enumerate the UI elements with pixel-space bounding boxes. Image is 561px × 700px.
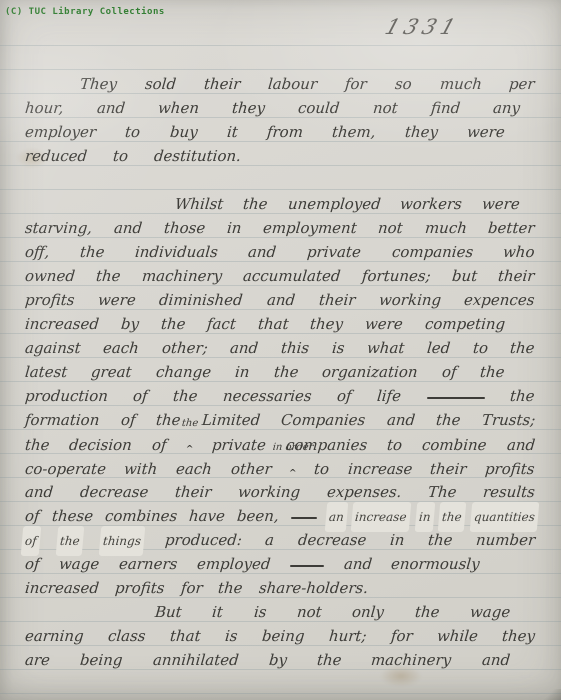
handwritten-word: they xyxy=(309,312,344,336)
handwritten-word: individuals xyxy=(134,240,219,264)
dash-stroke xyxy=(291,517,317,519)
handwritten-word: these xyxy=(50,504,93,528)
handwritten-word: find xyxy=(430,96,461,120)
handwritten-word: and xyxy=(266,288,296,312)
handwritten-word: wage xyxy=(58,552,100,576)
handwritten-word: are xyxy=(24,648,51,672)
manuscript-line xyxy=(25,168,535,192)
handwritten-word: employer xyxy=(24,120,97,144)
handwritten-word: But xyxy=(154,600,183,624)
handwritten-word: great xyxy=(90,360,133,384)
handwritten-word: the xyxy=(427,528,454,552)
handwritten-word: to xyxy=(472,336,489,360)
handwritten-word: the xyxy=(217,576,244,600)
handwritten-word: by xyxy=(268,648,288,672)
handwritten-word: hurt; xyxy=(328,624,368,648)
manuscript-line: anddecreasetheirworkingexpenses.Theresul… xyxy=(25,480,535,504)
handwritten-word: expences xyxy=(463,288,536,312)
handwritten-word: earning xyxy=(24,624,85,648)
insertion-caret-icon: ^ xyxy=(186,445,194,455)
manuscript-line: ofthethingsproduced:adecreaseinthenumber xyxy=(25,528,535,552)
handwritten-word: when xyxy=(157,96,200,120)
manuscript-line: Butitisnotonlythewage xyxy=(25,600,535,624)
handwritten-word: the xyxy=(242,192,269,216)
handwritten-word: and xyxy=(343,552,373,576)
handwritten-word: and xyxy=(24,480,54,504)
handwritten-word: who xyxy=(502,240,536,264)
manuscript-line: formationoftheLimitedCompaniesandtheTrus… xyxy=(25,408,535,432)
manuscript-lines: Theysoldtheirlabourforsomuchperhour,andw… xyxy=(25,72,535,672)
handwritten-word: that xyxy=(257,312,290,336)
manuscript-line: increasedbythefactthattheywerecompeting xyxy=(25,312,535,336)
correction-patch-word: of xyxy=(24,529,38,553)
handwritten-word: of xyxy=(119,408,136,432)
handwritten-word: of xyxy=(132,384,149,408)
handwritten-word: other xyxy=(229,457,272,481)
handwritten-word: each xyxy=(102,336,140,360)
handwritten-word: employment xyxy=(262,216,358,240)
handwritten-word: and xyxy=(96,96,126,120)
handwritten-word: accumulated xyxy=(242,264,342,288)
handwritten-word: results xyxy=(482,480,536,504)
handwritten-word: the xyxy=(172,384,199,408)
handwritten-word: for xyxy=(344,72,368,96)
handwritten-word: owned xyxy=(24,264,76,288)
handwritten-word: co-operate xyxy=(24,457,107,481)
handwritten-word: they xyxy=(404,120,439,144)
handwritten-word: by xyxy=(120,312,140,336)
correction-patch-word: increase xyxy=(354,505,408,529)
handwritten-word: machinery xyxy=(141,264,223,288)
handwritten-word: it xyxy=(226,120,239,144)
handwritten-word: decrease xyxy=(297,528,368,552)
dash-stroke xyxy=(290,565,324,567)
handwritten-word: but xyxy=(451,264,478,288)
handwritten-word: profits xyxy=(114,576,166,600)
manuscript-line: ofthesecombineshavebeen,anincreaseintheq… xyxy=(25,504,535,528)
handwritten-word: private xyxy=(306,240,362,264)
handwritten-word: their xyxy=(174,480,213,504)
handwritten-word: those xyxy=(163,216,206,240)
handwritten-word: fact xyxy=(206,312,237,336)
handwritten-word: only xyxy=(351,600,385,624)
handwritten-word: sold xyxy=(144,72,177,96)
handwritten-word: not xyxy=(377,216,404,240)
manuscript-line: co-operatewitheachotherin order^toincrea… xyxy=(25,456,535,480)
handwritten-word: organization xyxy=(321,360,419,384)
correction-patch-word: in xyxy=(418,505,432,529)
handwritten-word: and xyxy=(481,648,511,672)
manuscript-line: starving,andthoseinemploymentnotmuchbett… xyxy=(25,216,535,240)
handwritten-word: the xyxy=(479,360,506,384)
handwritten-word: the xyxy=(95,264,122,288)
handwritten-word: The xyxy=(427,480,458,504)
manuscript-line: ownedthemachineryaccumulatedfortunes;but… xyxy=(25,264,535,288)
handwritten-word: their xyxy=(429,457,468,481)
handwritten-word: Whilst xyxy=(174,192,225,216)
manuscript-line: ofwageearnersemployedandenormously xyxy=(25,552,535,576)
manuscript-line: productionofthenecessariesoflifethe xyxy=(25,384,535,408)
handwritten-word: They xyxy=(79,72,118,96)
handwritten-word: the xyxy=(155,408,182,432)
handwritten-word: and xyxy=(113,216,143,240)
handwritten-word: hour, xyxy=(24,96,65,120)
handwritten-word: per xyxy=(508,72,536,96)
handwritten-word: them, xyxy=(331,120,377,144)
corner-fold xyxy=(543,689,561,700)
handwritten-word: increase xyxy=(347,457,414,481)
insertion: the^ xyxy=(187,432,193,450)
manuscript-line: latestgreatchangeintheorganizationofthe xyxy=(25,360,535,384)
handwritten-word: the xyxy=(273,360,300,384)
handwritten-word: in xyxy=(226,216,243,240)
correction-patch-word: the xyxy=(441,505,463,529)
handwritten-word: what xyxy=(366,336,406,360)
handwritten-word: the xyxy=(414,600,441,624)
handwritten-word: their xyxy=(318,288,357,312)
handwritten-word: life xyxy=(376,384,402,408)
handwritten-word: the xyxy=(509,384,536,408)
handwritten-word: is xyxy=(253,600,268,624)
handwritten-word: combine xyxy=(421,433,488,457)
handwritten-word: fortunes; xyxy=(361,264,432,288)
handwritten-word: latest xyxy=(24,360,68,384)
manuscript-line: employertobuyitfromthem,theywere xyxy=(25,120,535,144)
handwritten-word: formation xyxy=(24,408,101,432)
handwritten-word: led xyxy=(426,336,451,360)
manuscript-line: earningclassthatisbeinghurt;forwhilethey xyxy=(25,624,535,648)
correction-patch-word: things xyxy=(102,529,142,553)
handwritten-word: labour xyxy=(267,72,318,96)
handwritten-word: decrease xyxy=(79,480,150,504)
handwritten-word: and xyxy=(229,336,259,360)
handwritten-word: the xyxy=(79,240,106,264)
handwritten-word: from xyxy=(266,120,304,144)
handwritten-word: to xyxy=(313,457,330,481)
handwritten-word: profits xyxy=(24,288,76,312)
handwritten-word: companies xyxy=(391,240,474,264)
handwritten-word: the xyxy=(435,408,462,432)
handwritten-word: and xyxy=(506,433,536,457)
handwritten-word: been, xyxy=(236,504,280,528)
handwritten-word: and xyxy=(247,240,277,264)
handwritten-word: private xyxy=(211,433,267,457)
handwritten-word: to xyxy=(124,120,141,144)
manuscript-line: reducedtodestitution. xyxy=(25,144,535,168)
insertion-caret-icon: ^ xyxy=(289,469,297,479)
handwritten-word: other; xyxy=(161,336,209,360)
handwritten-word: were xyxy=(481,192,521,216)
handwritten-word: necessaries xyxy=(222,384,313,408)
insertion-word: in order xyxy=(271,436,314,460)
manuscript-line: Whilsttheunemployedworkerswere xyxy=(25,192,535,216)
handwritten-word: and xyxy=(386,408,416,432)
handwritten-word: competing xyxy=(424,312,506,336)
handwritten-word: a xyxy=(264,528,275,552)
handwritten-word: off, xyxy=(24,240,51,264)
handwritten-word: of xyxy=(24,552,41,576)
handwritten-word: enormously xyxy=(390,552,481,576)
handwritten-word: is xyxy=(224,624,239,648)
handwritten-word: any xyxy=(492,96,521,120)
handwritten-word: working xyxy=(378,288,442,312)
handwritten-word: to xyxy=(112,144,129,168)
handwritten-word: each xyxy=(175,457,213,481)
dash-stroke xyxy=(427,397,485,399)
handwritten-word: production xyxy=(24,384,109,408)
handwritten-word: diminished xyxy=(158,288,244,312)
handwritten-word: profits xyxy=(484,457,536,481)
handwritten-word: they xyxy=(501,624,536,648)
handwritten-word: is xyxy=(331,336,346,360)
handwritten-word: being xyxy=(261,624,306,648)
handwritten-word: that xyxy=(169,624,202,648)
handwritten-word: workers xyxy=(399,192,463,216)
handwritten-word: share-holders. xyxy=(258,576,369,600)
handwritten-word: the xyxy=(24,433,51,457)
handwritten-word: wage xyxy=(469,600,511,624)
handwritten-word: of xyxy=(24,504,41,528)
handwritten-word: not xyxy=(372,96,399,120)
handwritten-word: destitution. xyxy=(153,144,242,168)
correction-patch-word: quantities xyxy=(473,505,536,529)
handwritten-word: Companies xyxy=(280,408,366,432)
handwritten-word: much xyxy=(424,216,468,240)
handwritten-word: for xyxy=(389,624,413,648)
handwritten-word: combines xyxy=(104,504,178,528)
handwritten-word: buy xyxy=(169,120,199,144)
watermark-label: (C) TUC Library Collections xyxy=(5,7,165,17)
handwritten-word: increased xyxy=(24,576,100,600)
handwritten-word: to xyxy=(386,433,403,457)
manuscript-line: hour,andwhentheycouldnotfindany xyxy=(25,96,535,120)
handwritten-word: working xyxy=(237,480,301,504)
handwritten-word: expenses. xyxy=(326,480,403,504)
insertion: in order^ xyxy=(290,456,296,474)
handwritten-word: number xyxy=(475,528,536,552)
handwritten-word: were xyxy=(97,288,137,312)
handwritten-word: better xyxy=(487,216,536,240)
insertion-word: the xyxy=(180,412,198,436)
handwritten-word: they xyxy=(231,96,266,120)
correction-patch-word: an xyxy=(327,505,344,529)
handwritten-word: of xyxy=(151,433,168,457)
handwritten-word: change xyxy=(155,360,212,384)
handwritten-word: for xyxy=(180,576,204,600)
handwritten-word: it xyxy=(211,600,224,624)
manuscript-line: off,theindividualsandprivatecompanieswho xyxy=(25,240,535,264)
handwritten-word: in xyxy=(389,528,406,552)
handwritten-word: Limited xyxy=(201,408,261,432)
handwritten-word: in xyxy=(234,360,251,384)
handwritten-word: so xyxy=(394,72,413,96)
handwritten-word: were xyxy=(466,120,506,144)
manuscript-page: (C) TUC Library Collections 1331 Theysol… xyxy=(0,0,561,700)
handwritten-word: of xyxy=(441,360,458,384)
handwritten-word: could xyxy=(297,96,341,120)
handwritten-word: the xyxy=(509,336,536,360)
handwritten-word: being xyxy=(79,648,124,672)
handwritten-word: against xyxy=(24,336,82,360)
handwritten-word: class xyxy=(107,624,147,648)
handwritten-word: reduced xyxy=(24,144,88,168)
handwritten-word: much xyxy=(438,72,482,96)
manuscript-line: Theysoldtheirlabourforsomuchper xyxy=(25,72,535,96)
handwritten-word: increased xyxy=(24,312,100,336)
handwritten-word: the xyxy=(316,648,343,672)
handwritten-word: their xyxy=(203,72,242,96)
handwritten-word: Trusts; xyxy=(481,408,536,432)
handwritten-word: not xyxy=(296,600,323,624)
handwritten-word: their xyxy=(497,264,536,288)
handwritten-word: decision xyxy=(68,433,133,457)
handwritten-word: of xyxy=(336,384,353,408)
page-number: 1331 xyxy=(382,15,463,39)
handwritten-word: were xyxy=(364,312,404,336)
handwritten-word: earners xyxy=(118,552,179,576)
handwritten-word: machinery xyxy=(370,648,452,672)
handwritten-word: this xyxy=(280,336,310,360)
handwritten-word: employed xyxy=(196,552,272,576)
manuscript-line: againsteachother;andthisiswhatledtothe xyxy=(25,336,535,360)
handwritten-word: with xyxy=(123,457,158,481)
handwritten-word: the xyxy=(160,312,187,336)
handwritten-word: have xyxy=(188,504,226,528)
handwritten-word: annihilated xyxy=(152,648,240,672)
handwritten-word: starving, xyxy=(24,216,93,240)
handwritten-word: produced: xyxy=(164,528,243,552)
correction-patch-word: the xyxy=(59,529,81,553)
manuscript-line: profitswerediminishedandtheirworkingexpe… xyxy=(25,288,535,312)
manuscript-line: arebeingannihilatedbythemachineryand xyxy=(25,648,535,672)
handwritten-word: unemployed xyxy=(287,192,382,216)
manuscript-line: increasedprofitsfortheshare-holders. xyxy=(25,576,535,600)
handwritten-word: while xyxy=(436,624,479,648)
